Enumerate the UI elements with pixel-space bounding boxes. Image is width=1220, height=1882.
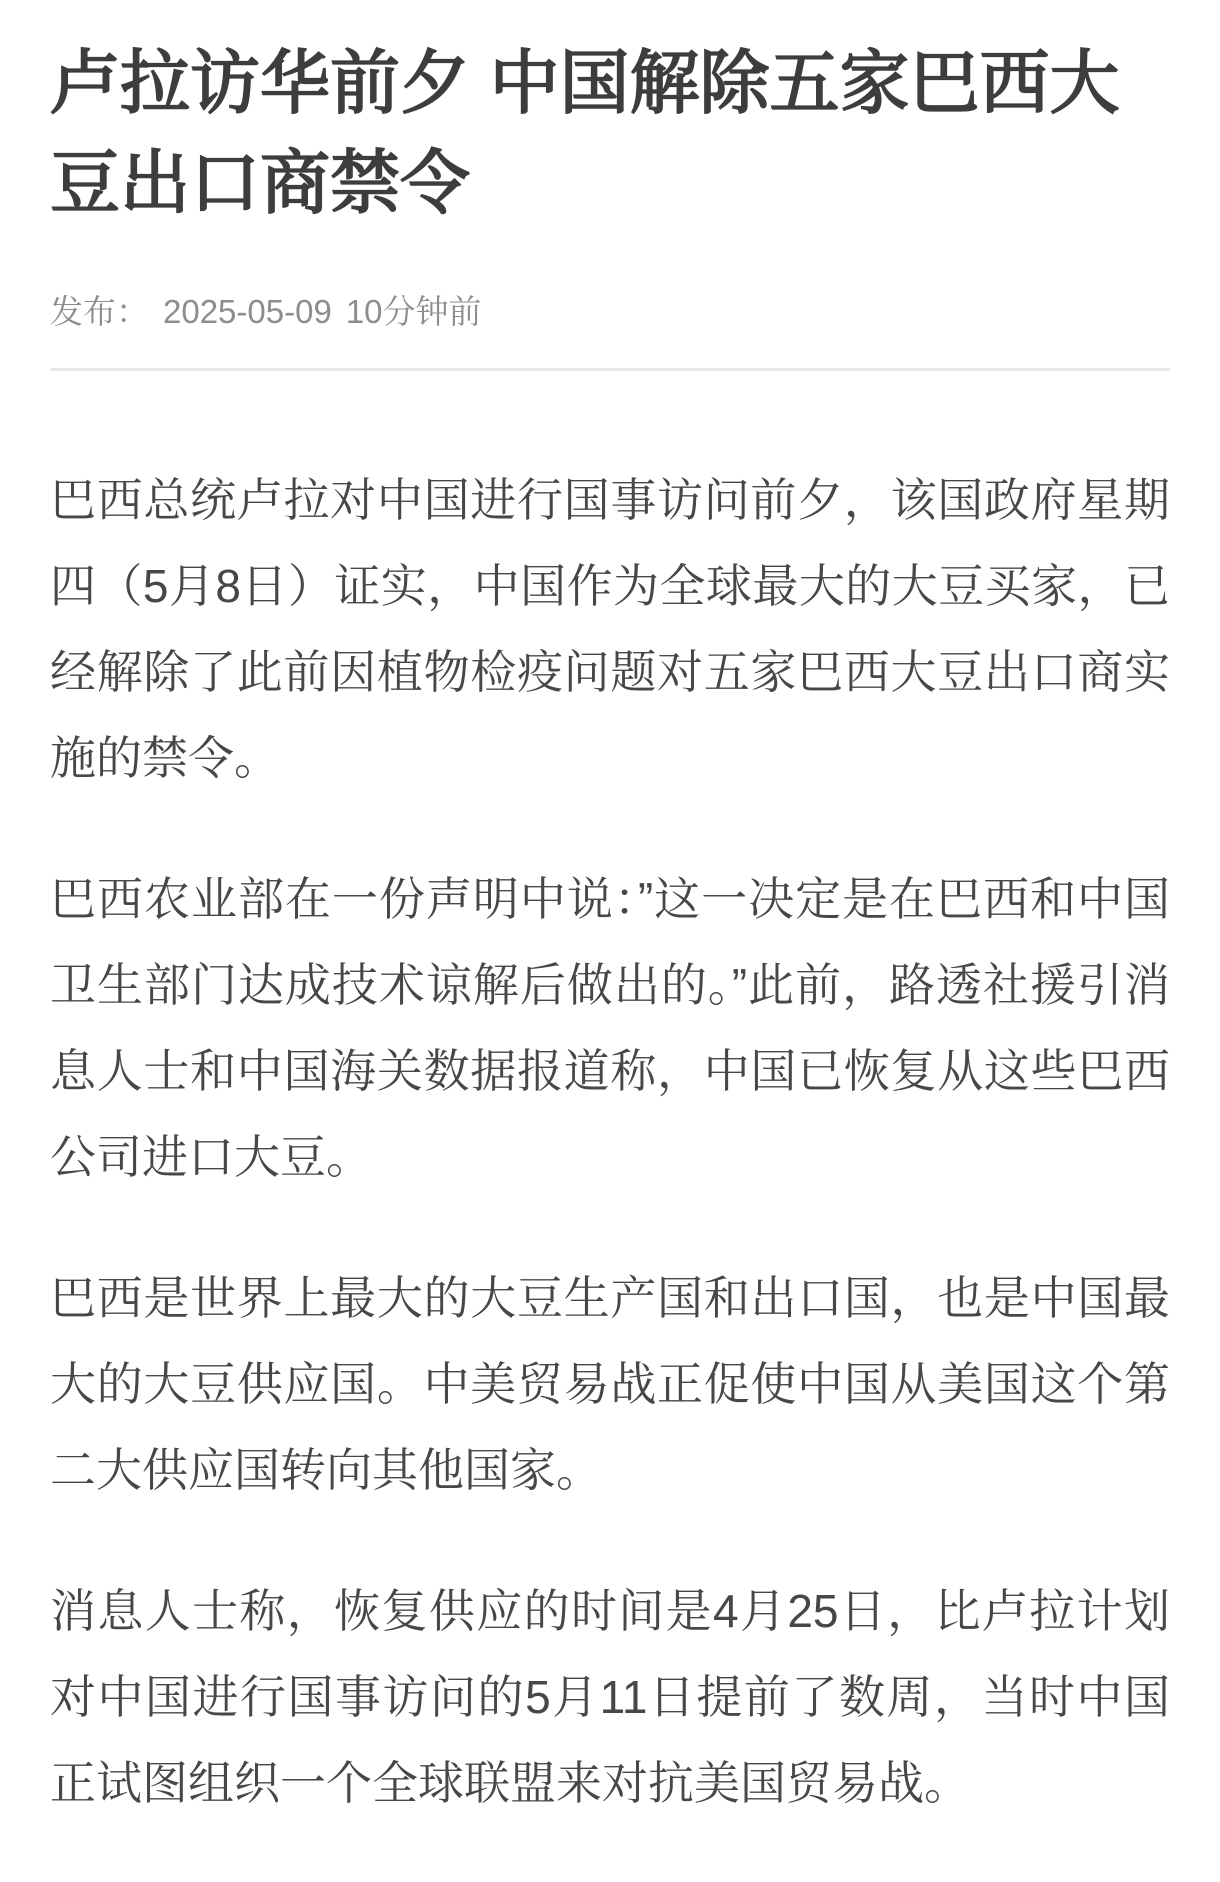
article-body: 巴西总统卢拉对中国进行国事访问前夕，该国政府星期四（5月8日）证实，中国作为全球… [50,457,1170,1826]
article-title: 卢拉访华前夕 中国解除五家巴西大豆出口商禁令 [50,33,1170,233]
publish-label: 发布： [50,289,149,335]
publish-relative-time: 10分钟前 [346,289,482,335]
article-page: 卢拉访华前夕 中国解除五家巴西大豆出口商禁令 发布： 2025-05-09 10… [0,0,1220,1881]
article-paragraph-4: 消息人士称，恢复供应的时间是4月25日，比卢拉计划对中国进行国事访问的5月11日… [50,1568,1170,1826]
article-paragraph-2: 巴西农业部在一份声明中说：”这一决定是在巴西和中国卫生部门达成技术谅解后做出的。… [50,856,1170,1200]
divider [50,368,1170,371]
publish-info: 发布： 2025-05-09 10分钟前 [50,289,1170,335]
article-paragraph-3: 巴西是世界上最大的大豆生产国和出口国，也是中国最大的大豆供应国。中美贸易战正促使… [50,1255,1170,1513]
publish-date: 2025-05-09 [163,289,332,335]
article-paragraph-1: 巴西总统卢拉对中国进行国事访问前夕，该国政府星期四（5月8日）证实，中国作为全球… [50,457,1170,801]
